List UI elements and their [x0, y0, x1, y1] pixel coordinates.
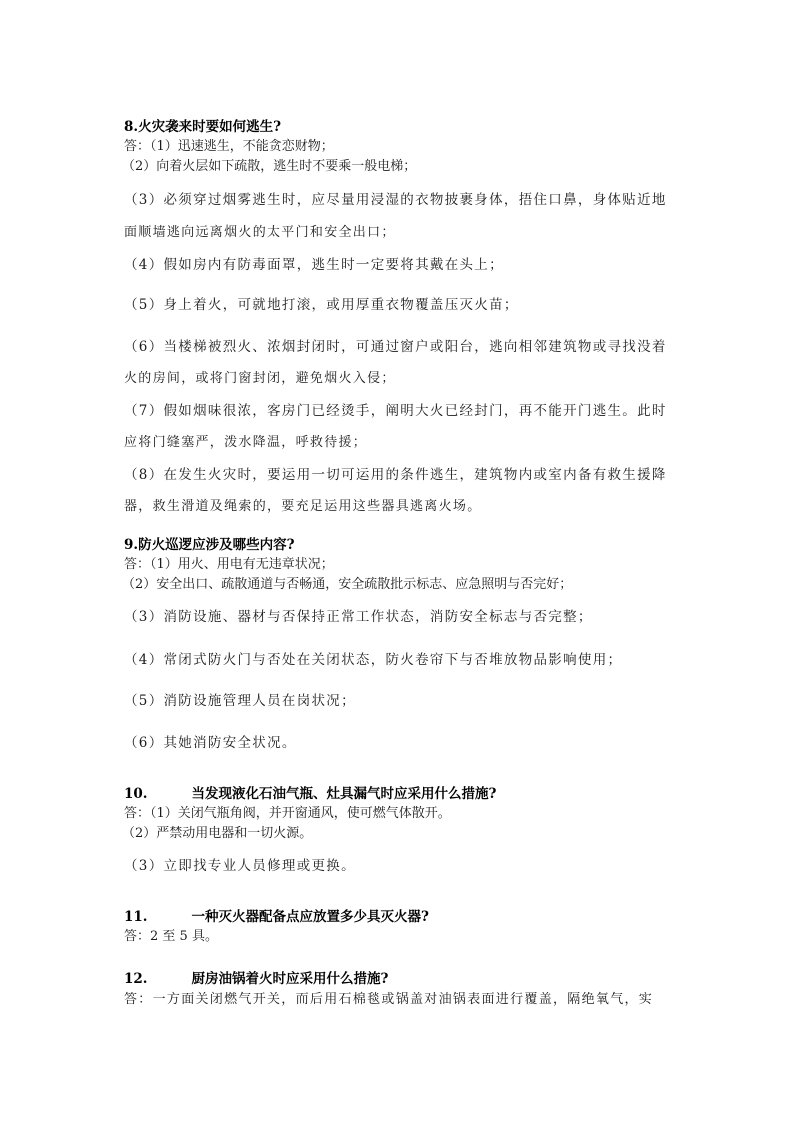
- answer-8-line-4: 面顺墙逃向远离烟火的太平门和安全出口；: [124, 225, 396, 241]
- answer-8-line-2: （2）向着火层如下疏散，逃生时不要乘一般电梯；: [122, 159, 416, 175]
- question-8-heading: 8.火灾袭来时要如何逃生?: [124, 119, 281, 135]
- question-10-text: 当发现液化石油气瓶、灶具漏气时应采用什么措施?: [192, 786, 497, 802]
- question-10-number: 10.: [124, 786, 148, 802]
- answer-12-line-1: 答：一方面关闭燃气开关，而后用石棉毯或锅盖对油锅表面进行覆盖，隔绝氧气，实: [124, 992, 653, 1008]
- answer-8-line-11: （8）在发生火灾时，要运用一切可运用的条件逃生，建筑物内或室内备有救生援降: [124, 467, 667, 483]
- question-11-number: 11.: [124, 909, 148, 925]
- answer-8-line-3: （3）必须穿过烟雾逃生时，应尽量用浸湿的衣物披裹身体，捂住口鼻，身体贴近地: [124, 192, 667, 208]
- answer-8-line-12: 器，救生滑道及绳索的，要充足运用这些器具逃离火场。: [124, 499, 482, 515]
- answer-11-line-1: 答：2 至 5 具。: [124, 929, 218, 945]
- answer-8-line-8: 火的房间，或将门窗封闭，避免烟火入侵；: [124, 371, 396, 387]
- answer-9-line-1: 答：（1）用火、用电有无违章状况；: [124, 557, 334, 573]
- question-11-text: 一种灭火器配备点应放置多少具灭火器?: [192, 909, 429, 925]
- answer-9-line-5: （5）消防设施管理人员在岗状况；: [124, 693, 356, 709]
- answer-9-line-3: （3）消防设施、器材与否保持正常工作状态，消防安全标志与否完整；: [124, 609, 593, 625]
- answer-8-line-10: 应将门缝塞严，泼水降温，呼救待援；: [124, 435, 367, 451]
- answer-8-line-9: （7）假如烟味很浓，客房门已经烫手，阐明大火已经封门，再不能开门逃生。此时: [124, 403, 667, 419]
- answer-8-line-1: 答：（1）迅速逃生，不能贪恋财物；: [124, 139, 334, 155]
- question-10-heading: 10.当发现液化石油气瓶、灶具漏气时应采用什么措施?: [124, 786, 496, 802]
- answer-9-line-2: （2）安全出口、疏散通道与否畅通，安全疏散批示标志、应急照明与否完好；: [122, 577, 572, 593]
- answer-8-line-5: （4）假如房内有防毒面罩，逃生时一定要将其戴在头上；: [124, 257, 504, 273]
- answer-9-line-4: （4）常闭式防火门与否处在关闭状态，防火卷帘下与否堆放物品影响使用；: [124, 652, 622, 668]
- answer-10-line-2: （2）严禁动用电器和一切火源。: [122, 826, 312, 842]
- question-12-number: 12.: [124, 971, 148, 987]
- question-12-text: 厨房油锅着火时应采用什么措施?: [192, 971, 389, 987]
- answer-9-line-6: （6）其她消防安全状况。: [124, 735, 297, 751]
- question-9-heading: 9.防火巡逻应涉及哪些内容?: [124, 537, 295, 553]
- question-12-heading: 12.厨房油锅着火时应采用什么措施?: [124, 971, 388, 987]
- question-11-heading: 11.一种灭火器配备点应放置多少具灭火器?: [124, 909, 429, 925]
- answer-10-line-1: 答：（1）关闭气瓶角阀，并开窗通风，使可燃气体散开。: [124, 806, 451, 822]
- answer-8-line-6: （5）身上着火，可就地打滚，或用厚重衣物覆盖压灭火苗；: [124, 297, 519, 313]
- answer-8-line-7: （6）当楼梯被烈火、浓烟封闭时，可通过窗户或阳台，逃向相邻建筑物或寻找没着: [124, 339, 667, 355]
- answer-10-line-3: （3）立即找专业人员修理或更换。: [124, 858, 356, 874]
